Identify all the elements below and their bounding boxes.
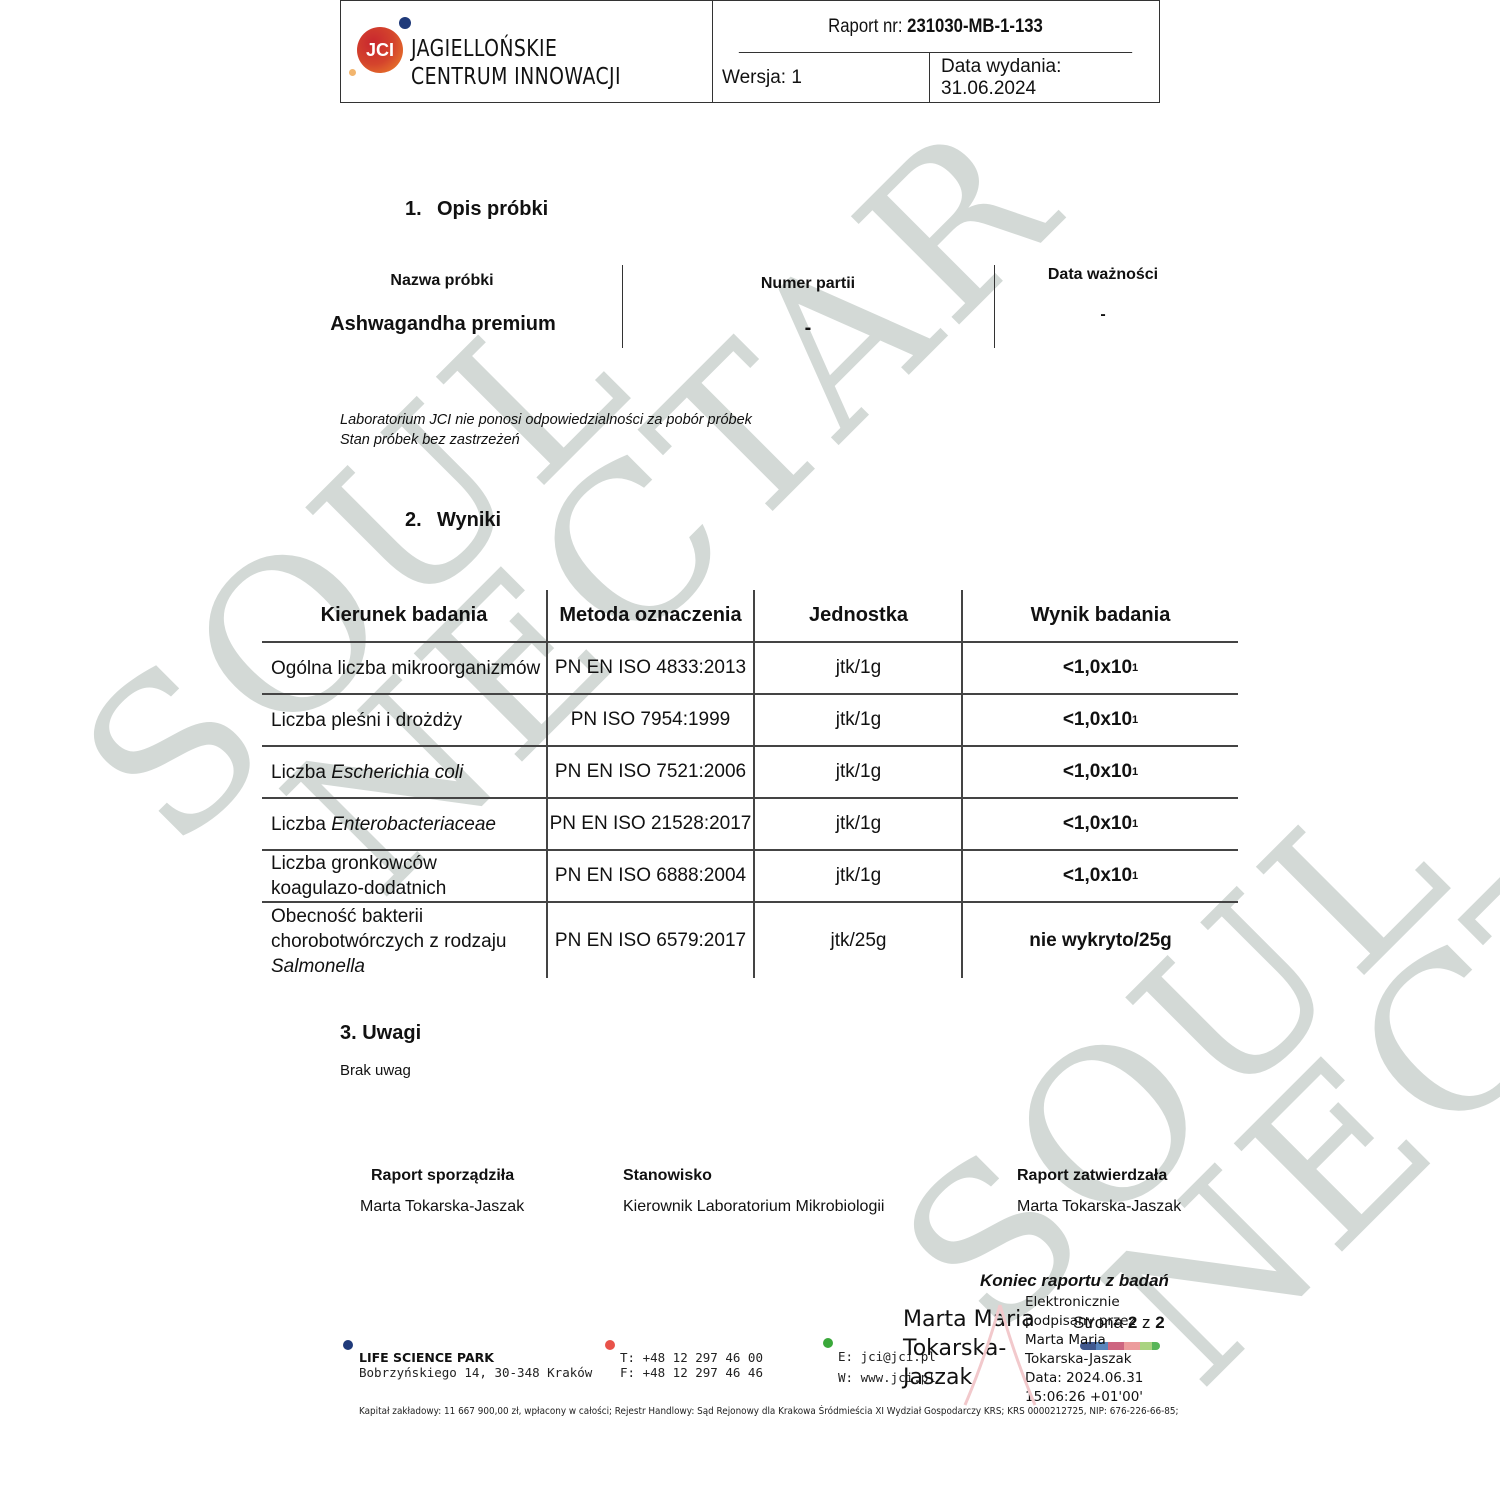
end-of-report: Koniec raportu z badań xyxy=(980,1271,1169,1291)
note-line: Stan próbek bez zastrzeżeń xyxy=(340,430,752,450)
footer-address: LIFE SCIENCE PARK Bobrzyńskiego 14, 30-3… xyxy=(359,1350,592,1380)
position-label: Stanowisko xyxy=(623,1167,712,1185)
expiry-date-label: Data ważności xyxy=(1003,266,1203,284)
method: PN EN ISO 7521:2006 xyxy=(547,747,754,797)
esignature-info-line: Data: 2024.06.31 xyxy=(1025,1369,1143,1388)
org-name: LIFE SCIENCE PARK xyxy=(359,1350,592,1365)
result-exponent: 1 xyxy=(1132,766,1138,778)
logo-line1: JAGIELLOŃSKIE xyxy=(411,35,621,63)
method: PN EN ISO 6579:2017 xyxy=(547,903,754,979)
footer-phones: T: +48 12 297 46 00 F: +48 12 297 46 46 xyxy=(620,1350,763,1380)
legal-notice: Kapitał zakładowy: 11 667 900,00 zł, wpł… xyxy=(359,1406,1178,1417)
result: <1,0x101 xyxy=(963,747,1238,797)
test-name-text: Liczba xyxy=(271,762,331,783)
page-prefix: Strona xyxy=(1073,1313,1128,1332)
result-exponent: 1 xyxy=(1132,870,1138,882)
section-title: Wyniki xyxy=(437,509,501,531)
result-exponent: 1 xyxy=(1132,714,1138,726)
esignature-info-line: Elektronicznie xyxy=(1025,1293,1143,1312)
unit: jtk/1g xyxy=(755,747,962,797)
sample-name-label: Nazwa próbki xyxy=(340,272,544,290)
result: <1,0x101 xyxy=(963,643,1238,693)
divider xyxy=(994,265,995,348)
result-value: <1,0x10 xyxy=(1063,709,1132,731)
test-name-text: Liczba gronkowców koagulazo-dodatnich xyxy=(271,853,446,899)
test-name-text: Ogólna liczba mikroorganizmów xyxy=(271,658,540,679)
expiry-date-value: - xyxy=(1003,306,1203,324)
column-header: Metoda oznaczenia xyxy=(547,590,754,641)
report-number-label: Raport nr: xyxy=(828,16,902,38)
batch-number-value: - xyxy=(708,317,908,340)
result: <1,0x101 xyxy=(963,799,1238,849)
test-name: Liczba gronkowców koagulazo-dodatnich xyxy=(262,851,546,901)
table-row: Ogólna liczba mikroorganizmów PN EN ISO … xyxy=(262,643,1238,693)
jci-logo: JCI JAGIELLOŃSKIE CENTRUM INNOWACJI xyxy=(341,1,713,102)
method: PN EN ISO 6888:2004 xyxy=(547,851,754,901)
table-row: Obecność bakterii chorobotwórczych z rod… xyxy=(262,903,1238,979)
issue-date: Data wydania: 31.06.2024 xyxy=(931,53,1159,102)
test-name: Liczba Escherichia coli xyxy=(262,747,546,797)
method: PN ISO 7954:1999 xyxy=(547,695,754,745)
prepared-by-label: Raport sporządziła xyxy=(371,1167,514,1185)
green-dot-icon xyxy=(823,1338,833,1348)
result-value: nie wykryto/25g xyxy=(1029,930,1172,952)
approved-by-label: Raport zatwierdzała xyxy=(1017,1167,1167,1185)
batch-number-label: Numer partii xyxy=(708,275,908,293)
result: nie wykryto/25g xyxy=(963,903,1238,979)
fax: F: +48 12 297 46 46 xyxy=(620,1365,763,1380)
logo-dot-icon xyxy=(399,17,411,29)
phone: T: +48 12 297 46 00 xyxy=(620,1350,763,1365)
test-name: Ogólna liczba mikroorganizmów xyxy=(262,643,546,693)
table-row: Liczba Escherichia coli PN EN ISO 7521:2… xyxy=(262,747,1238,797)
test-name-text: Liczba pleśni i drożdży xyxy=(271,710,462,731)
esignature-info-line: Marta Maria xyxy=(1025,1331,1143,1350)
section-heading-remarks: 3. Uwagi xyxy=(340,1022,421,1045)
table-row: Liczba Enterobacteriaceae PN EN ISO 2152… xyxy=(262,799,1238,849)
test-name-text: Obecność bakterii chorobotwórczych z rod… xyxy=(271,906,507,952)
jci-logo-mark: JCI xyxy=(357,27,403,73)
organism-name: Enterobacteriaceae xyxy=(331,814,496,835)
column-header: Wynik badania xyxy=(963,590,1238,641)
section-number: 2. xyxy=(405,509,437,532)
organism-name: Escherichia coli xyxy=(331,762,463,783)
report-number-value: 231030-MB-1-133 xyxy=(907,16,1043,38)
logo-text: JAGIELLOŃSKIE CENTRUM INNOWACJI xyxy=(411,35,621,91)
table-header-row: Kierunek badania Metoda oznaczenia Jedno… xyxy=(262,590,1238,641)
approved-by-name: Marta Tokarska-Jaszak xyxy=(1017,1198,1181,1216)
page-indicator: Strona 2 z 2 xyxy=(1073,1313,1165,1333)
report-number: Raport nr: 231030-MB-1-133 xyxy=(739,1,1132,53)
remarks-text: Brak uwag xyxy=(340,1062,411,1079)
page-sep: z xyxy=(1137,1313,1155,1332)
note-line: Laboratorium JCI nie ponosi odpowiedzial… xyxy=(340,410,752,430)
signature-stamp-icon xyxy=(960,1300,1040,1410)
result-exponent: 1 xyxy=(1132,662,1138,674)
table-row: Liczba pleśni i drożdży PN ISO 7954:1999… xyxy=(262,695,1238,745)
version: Wersja: 1 xyxy=(712,53,930,102)
table-row: Liczba gronkowców koagulazo-dodatnich PN… xyxy=(262,851,1238,901)
logo-line2: CENTRUM INNOWACJI xyxy=(411,63,621,91)
divider xyxy=(622,265,623,348)
result-value: <1,0x10 xyxy=(1063,865,1132,887)
organism-name: Salmonella xyxy=(271,956,365,977)
blue-dot-icon xyxy=(343,1340,353,1350)
test-name: Obecność bakterii chorobotwórczych z rod… xyxy=(262,903,546,979)
result-value: <1,0x10 xyxy=(1063,657,1132,679)
column-header: Kierunek badania xyxy=(262,590,546,641)
logo-dot-icon xyxy=(349,69,356,76)
test-name-text: Liczba xyxy=(271,814,331,835)
unit: jtk/1g xyxy=(755,851,962,901)
result: <1,0x101 xyxy=(963,851,1238,901)
sample-notes: Laboratorium JCI nie ponosi odpowiedzial… xyxy=(340,410,752,450)
page-total: 2 xyxy=(1155,1313,1164,1332)
unit: jtk/1g xyxy=(755,695,962,745)
position-value: Kierownik Laboratorium Mikrobiologii xyxy=(623,1198,884,1216)
section-title: Opis próbki xyxy=(437,198,548,220)
address: Bobrzyńskiego 14, 30-348 Kraków xyxy=(359,1365,592,1380)
prepared-by-name: Marta Tokarska-Jaszak xyxy=(360,1198,524,1216)
method: PN EN ISO 4833:2013 xyxy=(547,643,754,693)
result-exponent: 1 xyxy=(1132,818,1138,830)
unit: jtk/25g xyxy=(755,903,962,979)
result-value: <1,0x10 xyxy=(1063,761,1132,783)
sample-name-value: Ashwagandha premium xyxy=(330,313,556,336)
method: PN EN ISO 21528:2017 xyxy=(547,799,754,849)
result: <1,0x101 xyxy=(963,695,1238,745)
test-name: Liczba pleśni i drożdży xyxy=(262,695,546,745)
unit: jtk/1g xyxy=(755,643,962,693)
result-value: <1,0x10 xyxy=(1063,813,1132,835)
esignature-info-line: Tokarska-Jaszak xyxy=(1025,1350,1143,1369)
section-heading-results: 2.Wyniki xyxy=(405,509,501,532)
esignature-info: Elektronicznie podpisany przez Marta Mar… xyxy=(1025,1293,1143,1407)
report-header: JCI JAGIELLOŃSKIE CENTRUM INNOWACJI Rapo… xyxy=(340,0,1160,103)
column-header: Jednostka xyxy=(755,590,962,641)
test-name: Liczba Enterobacteriaceae xyxy=(262,799,546,849)
section-number: 1. xyxy=(405,198,437,221)
esignature-info-line: 15:06:26 +01'00' xyxy=(1025,1388,1143,1407)
section-heading-sample: 1.Opis próbki xyxy=(405,198,548,221)
red-dot-icon xyxy=(605,1340,615,1350)
unit: jtk/1g xyxy=(755,799,962,849)
page-current: 2 xyxy=(1128,1313,1137,1332)
